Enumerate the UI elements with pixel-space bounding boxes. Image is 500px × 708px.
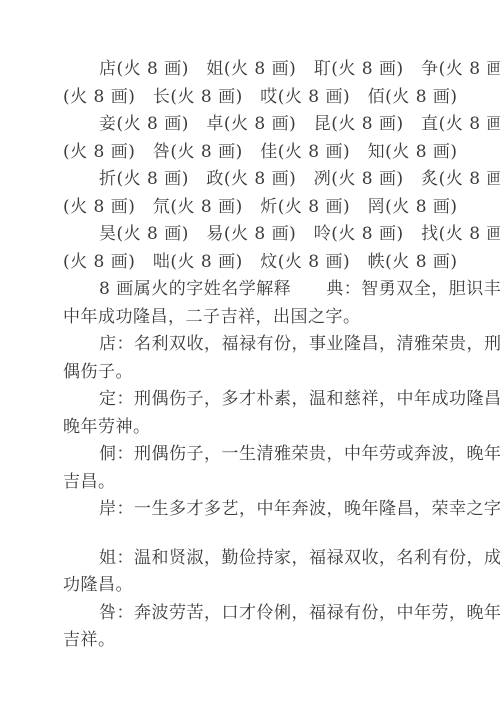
document-body: 店(火 8 画) 姐(火 8 画) 耵(火 8 画) 争(火 8 画) 佯 (火…: [63, 56, 439, 655]
text-line: 岸：一生多才多艺，中年奔波，晚年隆昌，荣幸之字。: [63, 496, 439, 524]
text-line: 偶伤子。: [63, 359, 439, 387]
text-line: 店：名利双收，福禄有份，事业隆昌，清雅荣贵，刑: [63, 331, 439, 359]
text-line: 侗：刑偶伤子，一生清雅荣贵，中年劳或奔波，晚年: [63, 441, 439, 469]
text-line: 姐：温和贤淑，勤俭持家，福禄双收，名利有份，成: [63, 545, 439, 573]
text-line: (火 8 画) 氘(火 8 画) 炘(火 8 画) 罔(火 8 画): [63, 194, 439, 222]
text-line: 店(火 8 画) 姐(火 8 画) 耵(火 8 画) 争(火 8 画) 佯: [63, 56, 439, 84]
document-page: 店(火 8 画) 姐(火 8 画) 耵(火 8 画) 争(火 8 画) 佯 (火…: [0, 0, 500, 708]
text-line: 功隆昌。: [63, 572, 439, 600]
text-line: 定：刑偶伤子，多才朴素，温和慈祥，中年成功隆昌，: [63, 386, 439, 414]
text-line: 吉祥。: [63, 627, 439, 655]
section-heading-line: 8 画属火的字姓名学解释 典：智勇双全，胆识丰足，: [63, 276, 439, 304]
text-line: 吉昌。: [63, 469, 439, 497]
text-line: 折(火 8 画) 政(火 8 画) 冽(火 8 画) 炙(火 8 画) 炎: [63, 166, 439, 194]
text-line: 咎：奔波劳苦，口才伶俐，福禄有份，中年劳，晚年: [63, 600, 439, 628]
text-line: 中年成功隆昌，二子吉祥，出国之字。: [63, 304, 439, 332]
text-line: 妾(火 8 画) 卓(火 8 画) 昆(火 8 画) 直(火 8 画) 呶: [63, 111, 439, 139]
text-line: 昊(火 8 画) 易(火 8 画) 呤(火 8 画) 找(火 8 画) 妮: [63, 221, 439, 249]
text-line: (火 8 画) 咎(火 8 画) 佳(火 8 画) 知(火 8 画): [63, 139, 439, 167]
text-line: (火 8 画) 长(火 8 画) 哎(火 8 画) 佰(火 8 画): [63, 84, 439, 112]
text-line: (火 8 画) 咄(火 8 画) 炆(火 8 画) 帙(火 8 画): [63, 249, 439, 277]
text-line: 晚年劳神。: [63, 414, 439, 442]
